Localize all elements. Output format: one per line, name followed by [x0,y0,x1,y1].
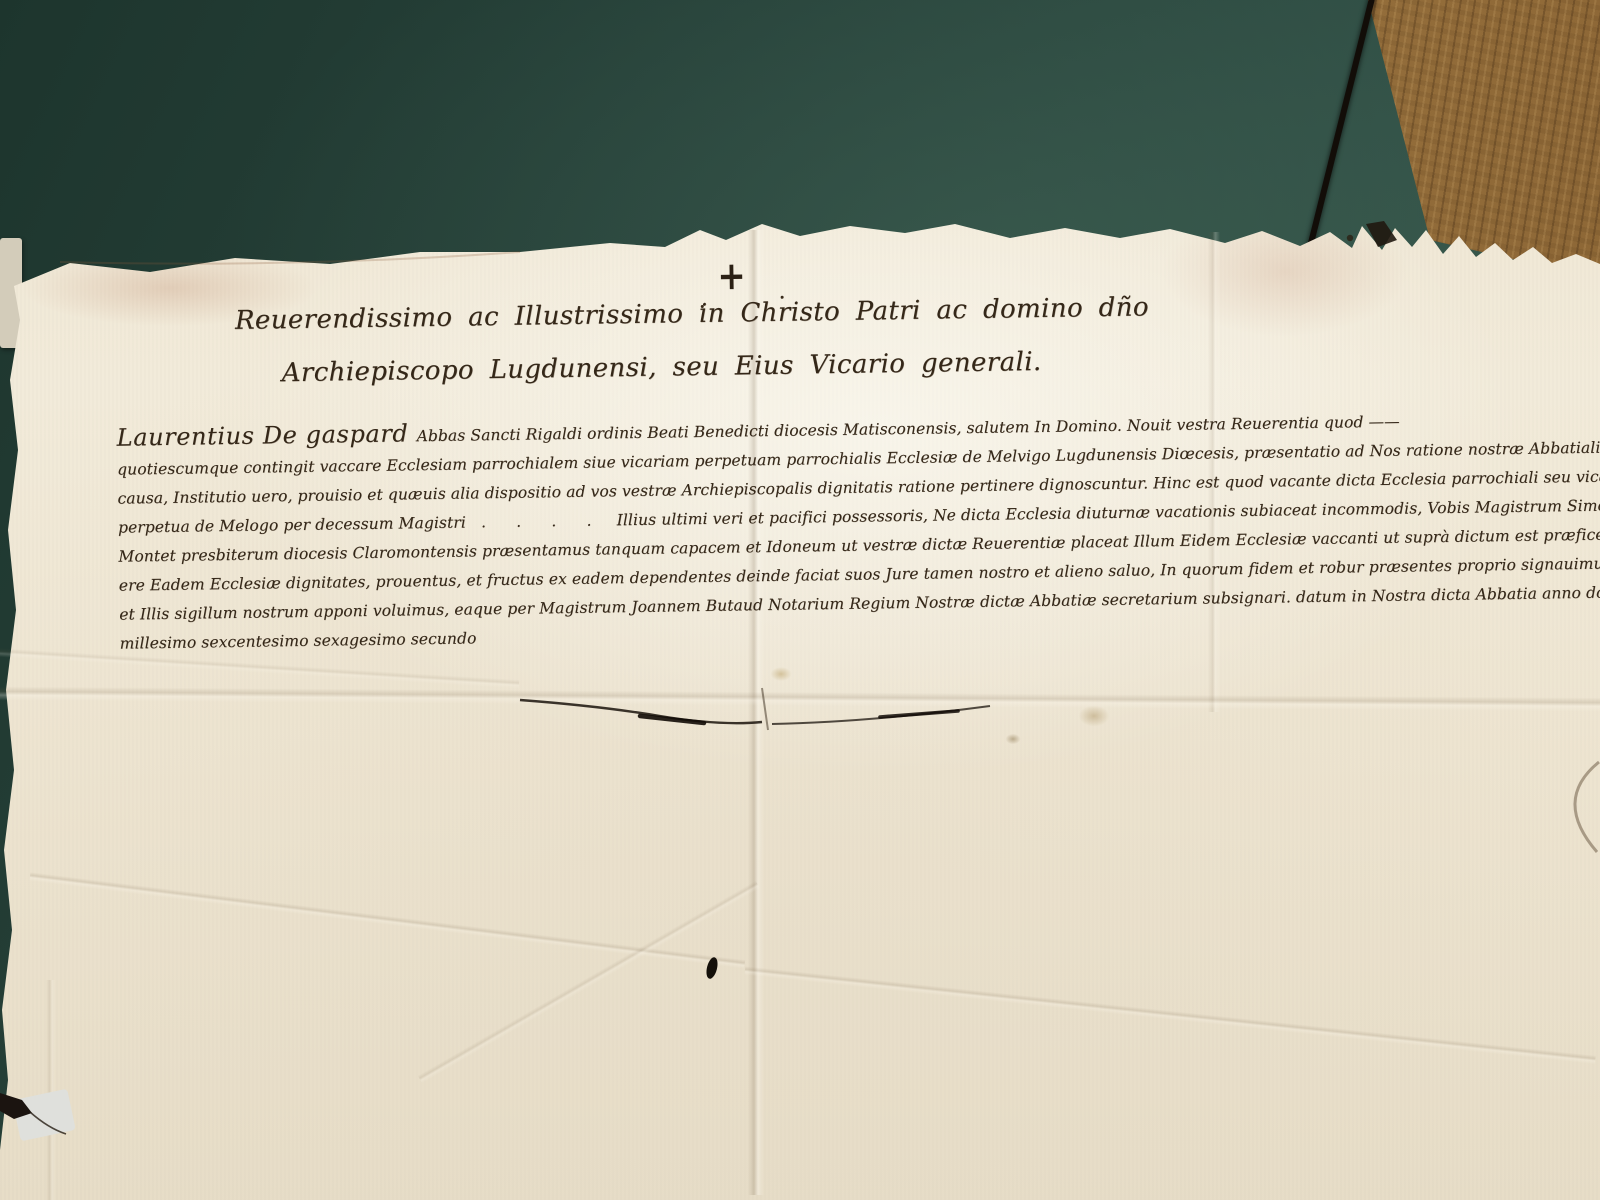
salutation-line-2: Archiepiscopo Lugdunensi, seu Eius Vicar… [282,347,1042,388]
salutation-line-1: Reuerendissimo ac Illustrissimo in Chris… [235,292,1149,336]
body-text: Laurentius De gaspard Abbas Sancti Rigal… [116,402,1562,658]
body-opening-words: Laurentius De gaspard [116,419,416,451]
cross-mark-icon: + [717,253,746,299]
manuscript-text: + Reuerendissimo ac Illustrissimo in Chr… [112,244,1563,665]
photo-of-manuscript: + Reuerendissimo ac Illustrissimo in Chr… [0,0,1600,1200]
